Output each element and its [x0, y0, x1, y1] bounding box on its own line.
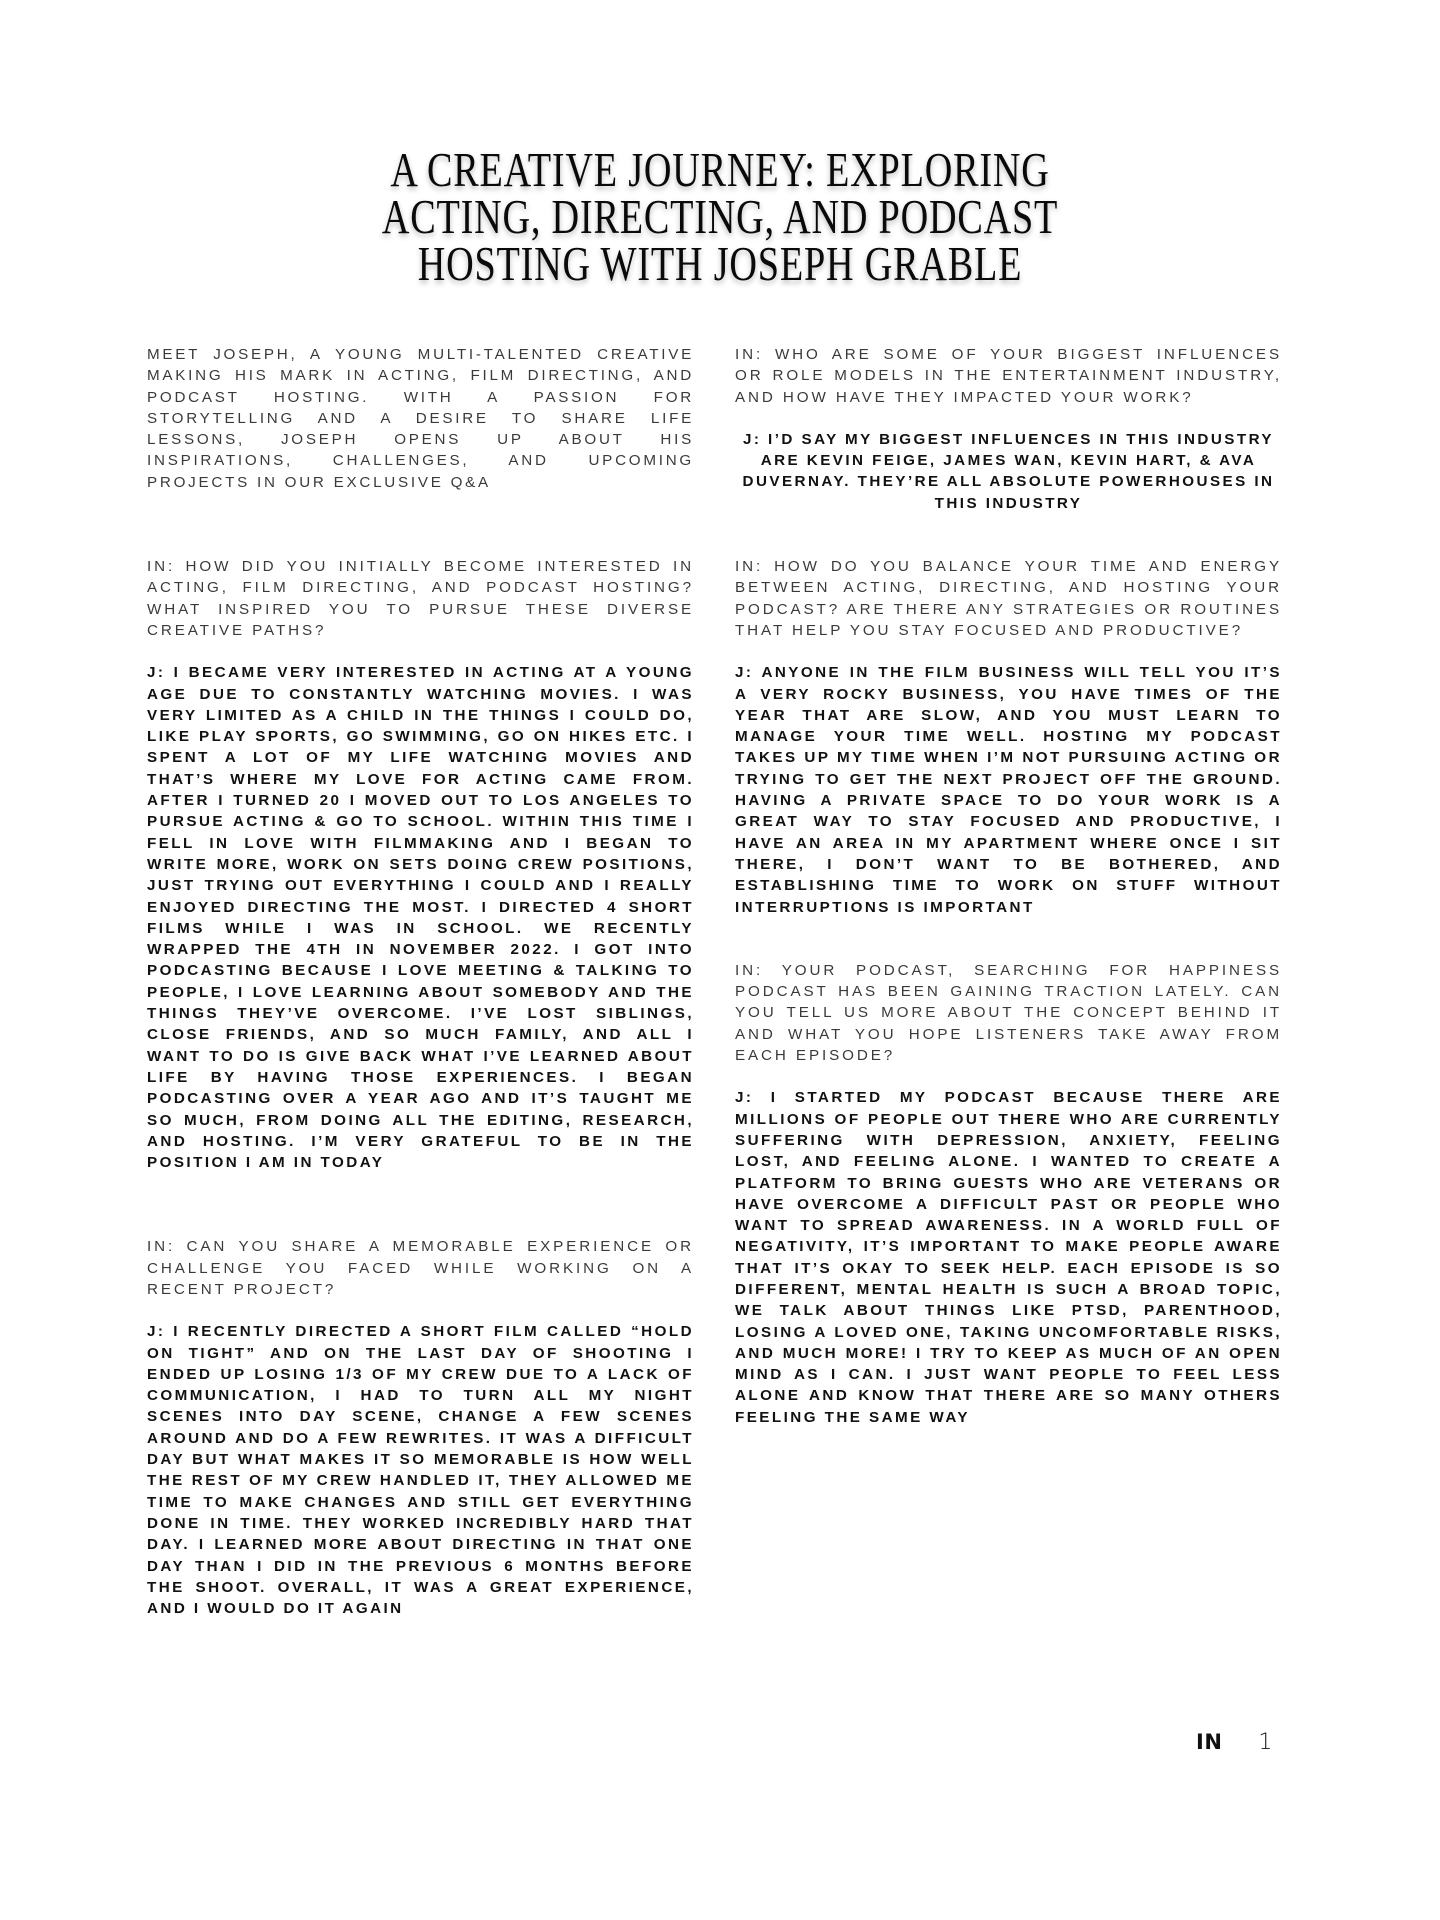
page-number: 1: [1258, 1730, 1272, 1755]
answer-5: J: I STARTED MY PODCAST BECAUSE THERE AR…: [735, 1087, 1282, 1428]
answer-1: J: I BECAME VERY INTERESTED IN ACTING AT…: [147, 662, 694, 1173]
title-line-3: HOSTING WITH JOSEPH GRABLE: [158, 240, 1281, 287]
right-column: IN: WHO ARE SOME OF YOUR BIGGEST INFLUEN…: [735, 344, 1282, 1428]
left-column: MEET JOSEPH, A YOUNG MULTI-TALENTED CREA…: [147, 344, 694, 1619]
page-footer: IN 1: [1196, 1730, 1272, 1755]
answer-3: J: I’D SAY MY BIGGEST INFLUENCES IN THIS…: [735, 429, 1282, 514]
title-line-1: A CREATIVE JOURNEY: EXPLORING: [158, 146, 1281, 193]
answer-4: J: ANYONE IN THE FILM BUSINESS WILL TELL…: [735, 662, 1282, 918]
magazine-brand: IN: [1196, 1730, 1222, 1754]
question-4: IN: HOW DO YOU BALANCE YOUR TIME AND ENE…: [735, 556, 1282, 641]
article-title: A CREATIVE JOURNEY: EXPLORING ACTING, DI…: [158, 146, 1281, 287]
question-2: IN: CAN YOU SHARE A MEMORABLE EXPERIENCE…: [147, 1236, 694, 1300]
title-line-2: ACTING, DIRECTING, AND PODCAST: [158, 193, 1281, 240]
answer-2: J: I RECENTLY DIRECTED A SHORT FILM CALL…: [147, 1321, 694, 1619]
intro-paragraph: MEET JOSEPH, A YOUNG MULTI-TALENTED CREA…: [147, 344, 694, 493]
question-1: IN: HOW DID YOU INITIALLY BECOME INTERES…: [147, 556, 694, 641]
question-3: IN: WHO ARE SOME OF YOUR BIGGEST INFLUEN…: [735, 344, 1282, 408]
question-5: IN: YOUR PODCAST, SEARCHING FOR HAPPINES…: [735, 960, 1282, 1066]
